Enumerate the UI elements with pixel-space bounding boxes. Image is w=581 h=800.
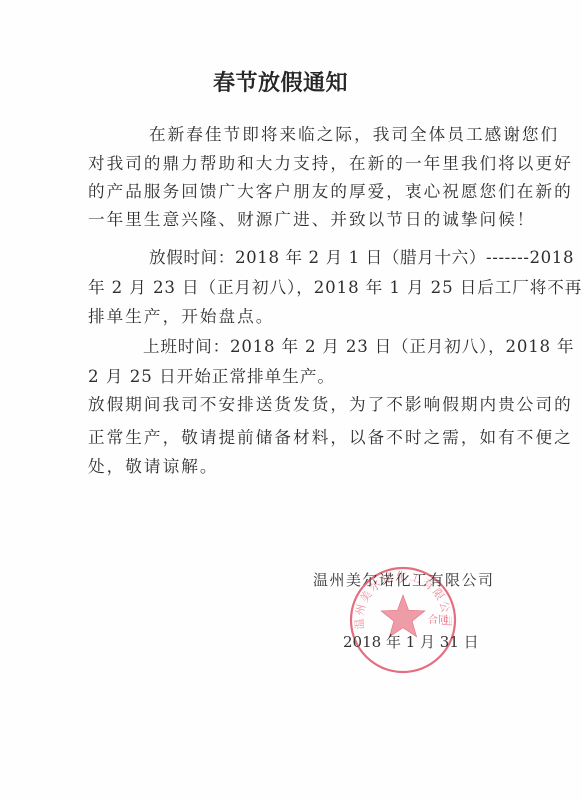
notice-page: 春节放假通知 在新春佳节即将来临之际，我司全体员工感谢您们 对我司的鼎力帮助和大… bbox=[0, 0, 581, 800]
seal-inner-text: 合同 bbox=[428, 613, 448, 626]
delivery-notice-line-2: 正常生产，敬请提前储备材料，以备不时之需，如有不便之 bbox=[88, 428, 573, 448]
signature-company: 温州美尔诺化工有限公司 bbox=[313, 570, 495, 590]
signature-date: 2018 年 1 月 31 日 bbox=[343, 632, 479, 652]
return-to-work-line-2: 2 月 25 日开始正常排单生产。 bbox=[88, 367, 335, 387]
greeting-line-2: 对我司的鼎力帮助和大力支持，在新的一年里我们将以更好 bbox=[88, 154, 573, 174]
greeting-line-1: 在新春佳节即将来临之际，我司全体员工感谢您们 bbox=[149, 125, 559, 145]
page-title: 春节放假通知 bbox=[213, 66, 348, 97]
delivery-notice-line-3: 处，敬请谅解。 bbox=[88, 457, 219, 477]
return-to-work-line-1: 上班时间：2018 年 2 月 23 日（正月初八），2018 年 bbox=[143, 337, 574, 357]
delivery-notice-line-1: 放假期间我司不安排送货发货，为了不影响假期内贵公司的 bbox=[88, 395, 573, 415]
holiday-period-line-2: 年 2 月 23 日（正月初八），2018 年 1 月 25 日后工厂将不再 bbox=[88, 278, 581, 298]
greeting-line-3: 的产品服务回馈广大客户朋友的厚爱，衷心祝愿您们在新的 bbox=[88, 182, 573, 202]
holiday-period-line-1: 放假时间：2018 年 2 月 1 日（腊月十六）-------2018 bbox=[149, 248, 574, 268]
greeting-line-4: 一年里生意兴隆、财源广进、并致以节日的诚挚问候！ bbox=[88, 210, 535, 230]
holiday-period-line-3: 排单生产，开始盘点。 bbox=[88, 307, 274, 327]
